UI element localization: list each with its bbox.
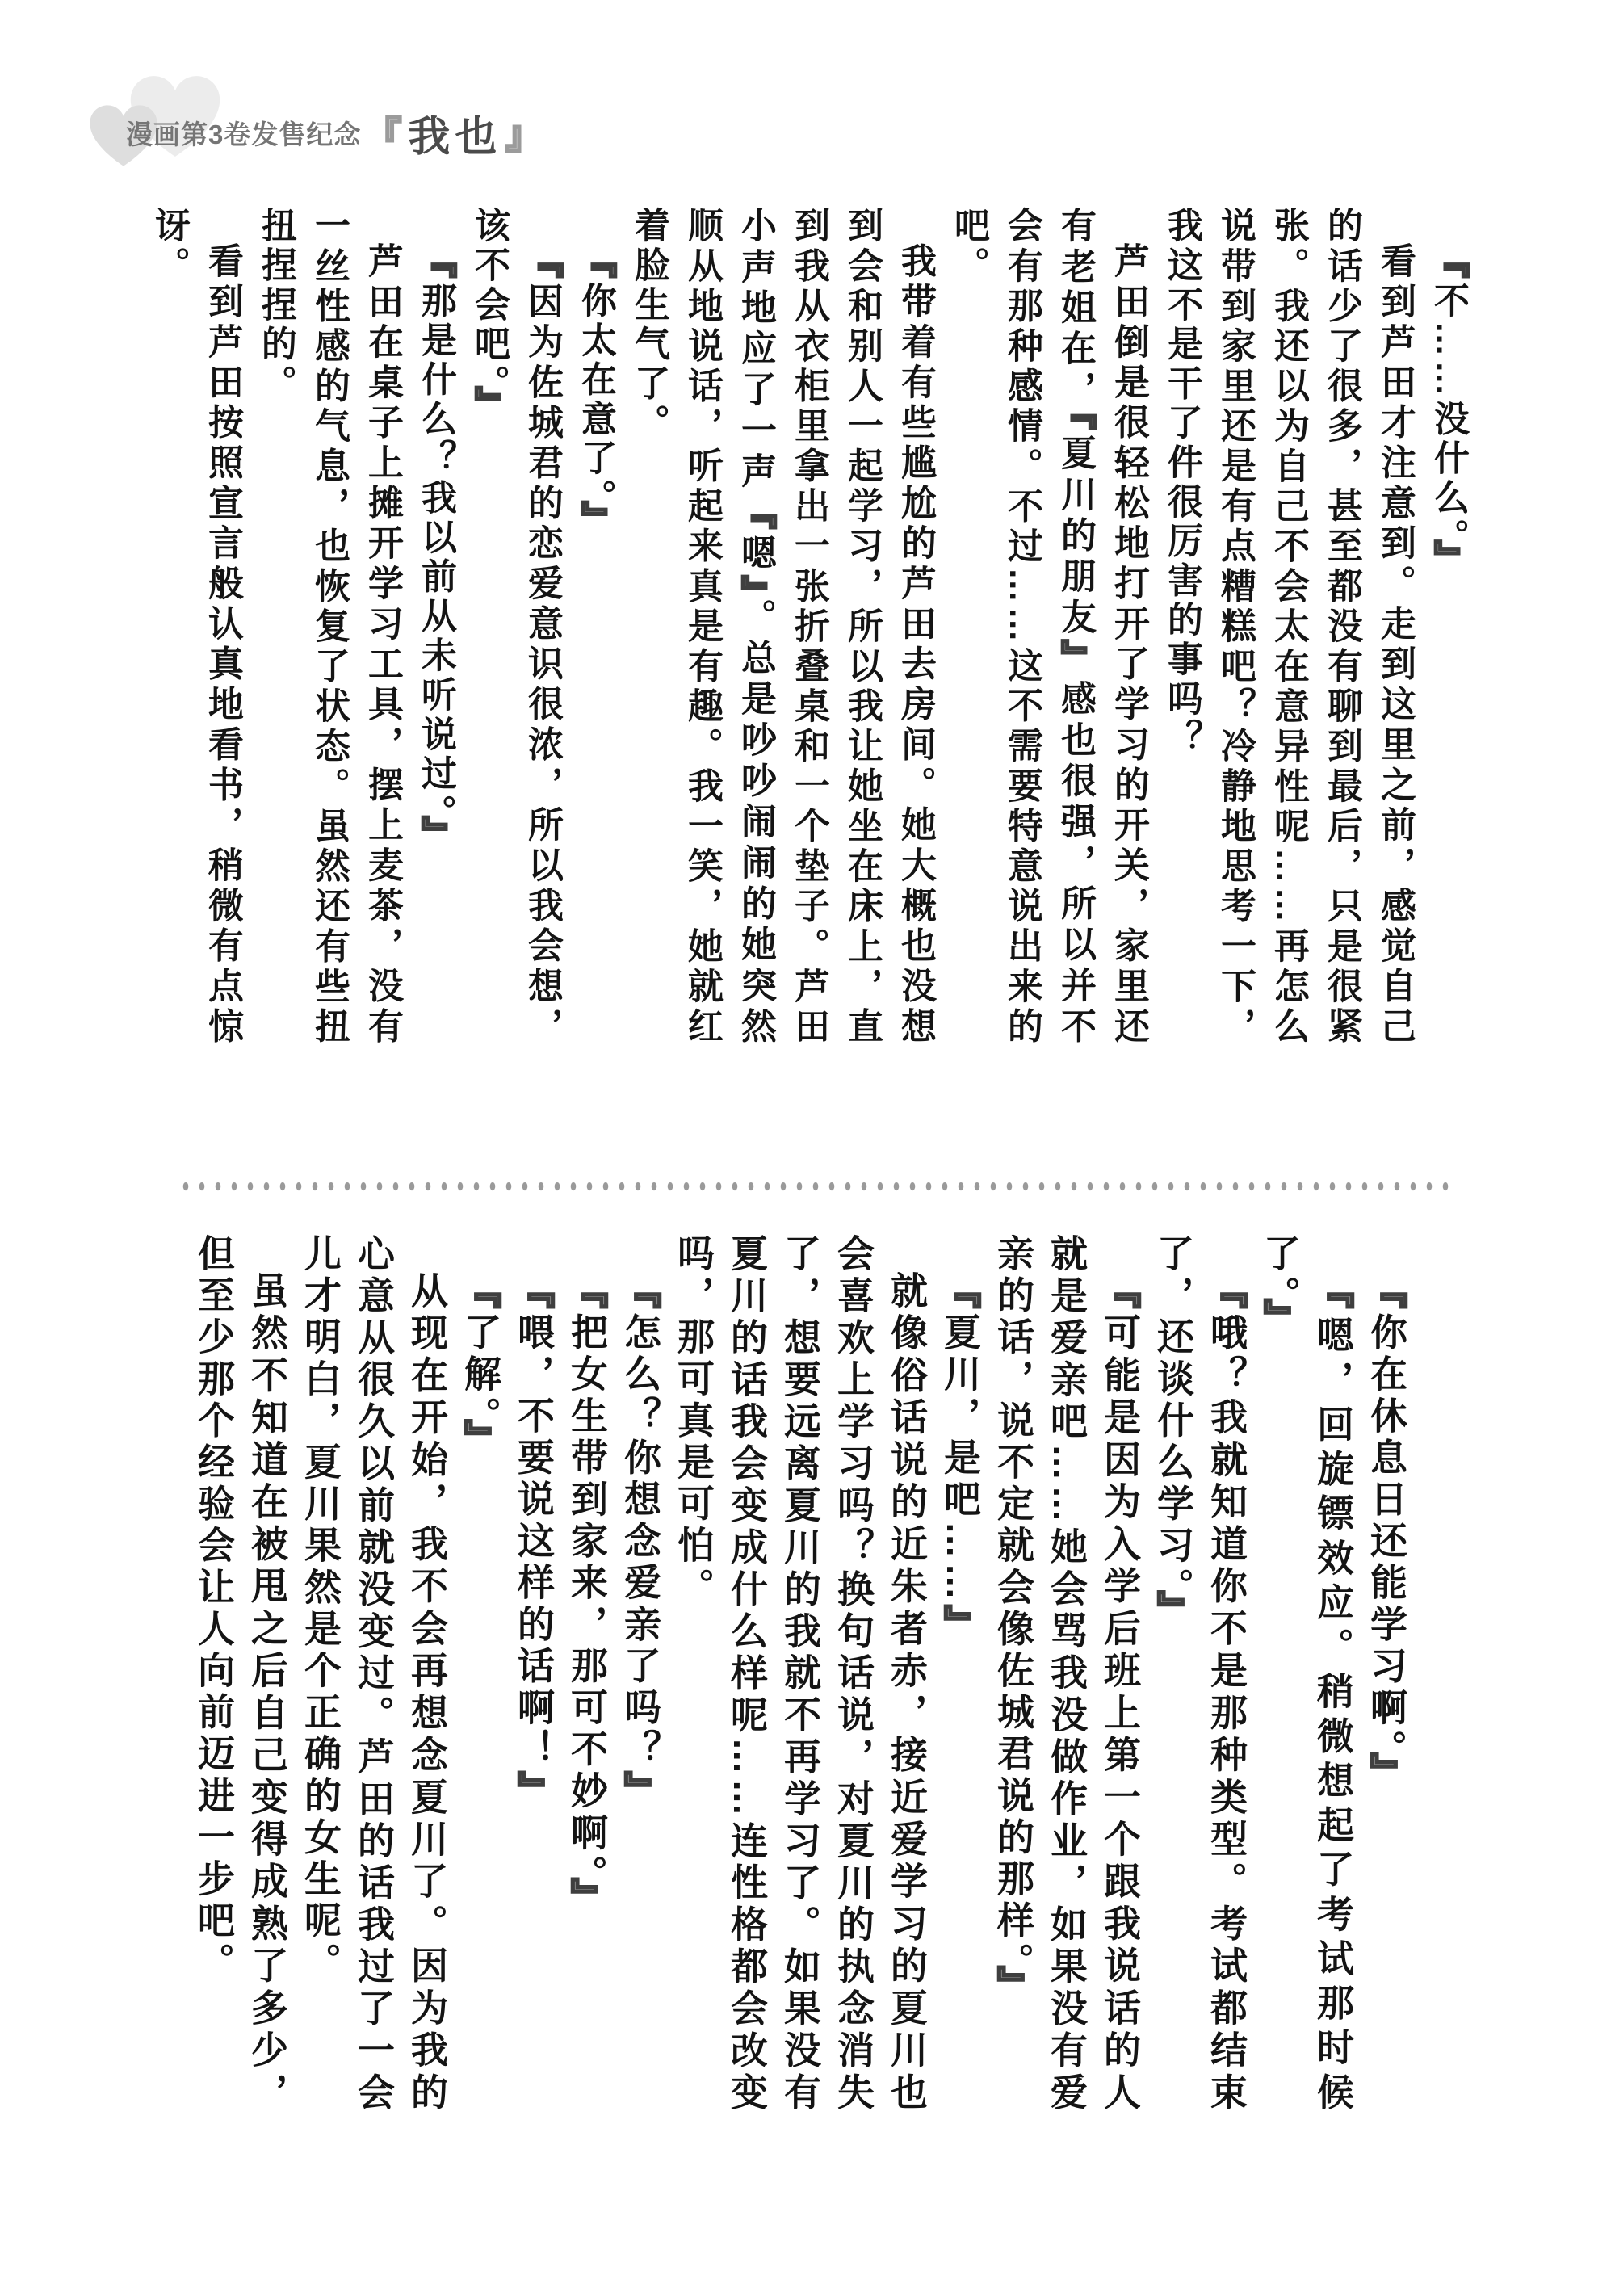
header-close-bracket: 』 (505, 106, 542, 159)
quote-bracket: 』 (619, 1771, 661, 1813)
quote-bracket: 』 (566, 1878, 608, 1920)
quote-bracket: 『 (513, 1271, 555, 1313)
page-title: 我也 (408, 103, 501, 163)
paragraph: 『你太在意了。』 (568, 207, 622, 1047)
quote-bracket: 『 (736, 493, 775, 535)
paragraph: 『夏川，是吧……』 (933, 1234, 987, 2114)
paragraph: 『你在休息日还能学习啊。』 (1360, 1234, 1413, 2114)
header-prefix: 漫画第3卷发售纪念 (126, 114, 361, 152)
quote-bracket: 『 (939, 1271, 981, 1313)
paragraph: 『因为佐城君的恋爱意识很浓，所以我会想，该不会吧。』 (462, 207, 568, 1047)
paragraph: 看到芦田按照宣言般认真地看书，稍微有点惊讶。 (142, 207, 249, 1047)
paragraph: 『把女生带到家来，那可不妙啊。』 (560, 1234, 614, 2114)
header-title-line: 漫画第3卷发售纪念 『 我也 』 (126, 95, 545, 170)
header-open-bracket: 『 (364, 106, 401, 159)
quote-bracket: 』 (416, 816, 455, 855)
top-text-section: 『不……没什么。』看到芦田才注意到。走到这里之前，感觉自己的话少了很多，甚至都没… (118, 207, 1474, 1047)
paragraph: 我带着有些尴尬的芦田去房间。她大概也没想到会和别人一起学习，所以我让她坐在床上，… (622, 207, 942, 1047)
paragraph: 虽然不知道在被甩之后自己变得成熟了多少，但至少那个经验会让人向前迈进一步吧。 (187, 1234, 294, 2114)
paragraph: 就像俗话说的近朱者赤，接近爱学习的夏川也会喜欢上学习吗？换句话说，对夏川的执念消… (667, 1234, 933, 2114)
quote-bracket: 『 (1312, 1271, 1354, 1316)
paragraph: 『了解。』 (454, 1234, 507, 2114)
quote-bracket: 『 (1428, 242, 1468, 282)
paragraph: 芦田倒是很轻松地打开了学习的开关，家里还有老姐在，『夏川的朋友』感也很强，所以并… (942, 207, 1155, 1047)
quote-bracket: 』 (469, 386, 509, 426)
bottom-text-section: 『你在休息日还能学习啊。』『嗯，回旋镖效应。稍微想起了考试那时候了。』『哦？我就… (153, 1234, 1413, 2114)
quote-bracket: 』 (1365, 1752, 1407, 1794)
quote-bracket: 』 (1428, 539, 1468, 579)
paragraph: 看到芦田才注意到。走到这里之前，感觉自己的话少了很多，甚至都没有聊到最后，只是很… (1155, 207, 1421, 1047)
quote-bracket: 『 (416, 242, 455, 282)
quote-bracket: 』 (576, 501, 615, 540)
quote-bracket: 『 (522, 242, 562, 283)
quote-bracket: 』 (992, 1966, 1034, 2008)
dotted-divider (179, 1181, 1452, 1192)
quote-bracket: 』 (1152, 1590, 1194, 1632)
quote-bracket: 』 (736, 575, 775, 598)
quote-bracket: 』 (1259, 1299, 1301, 1341)
quote-bracket: 』 (513, 1771, 555, 1813)
quote-bracket: 』 (939, 1605, 981, 1647)
quote-bracket: 』 (459, 1419, 501, 1461)
quote-bracket: 』 (1055, 639, 1095, 680)
paragraph: 『喂，不要说这样的话啊！』 (507, 1234, 560, 2114)
page-header: 漫画第3卷发售纪念 『 我也 』 (0, 0, 727, 210)
paragraph: 芦田在桌子上摊开学习工具，摆上麦茶，没有一丝性感的气息，也恢复了状态。虽然还有些… (249, 207, 409, 1047)
paragraph: 『可能是因为入学后班上第一个跟我说话的人就是爱亲吧……她会骂我没做作业，如果没有… (987, 1234, 1147, 2114)
quote-bracket: 『 (1099, 1271, 1141, 1313)
paragraph: 从现在开始，我不会再想念夏川了。因为我的心意从很久以前就没变过。芦田的话我过了一… (294, 1234, 454, 2114)
paragraph: 『怎么？你想念爱亲了吗？』 (614, 1234, 667, 2114)
quote-bracket: 『 (619, 1271, 661, 1313)
quote-bracket: 『 (576, 242, 615, 282)
paragraph: 『不……没什么。』 (1421, 207, 1474, 1047)
quote-bracket: 『 (1206, 1271, 1248, 1313)
quote-bracket: 『 (566, 1271, 608, 1313)
paragraph: 『那是什么？我以前从未听说过。』 (409, 207, 462, 1047)
quote-bracket: 『 (459, 1271, 501, 1313)
quote-bracket: 『 (1055, 411, 1095, 434)
paragraph: 『嗯，回旋镖效应。稍微想起了考试那时候了。』 (1253, 1234, 1360, 2114)
quote-bracket: 『 (1365, 1271, 1407, 1313)
paragraph: 『哦？我就知道你不是那种类型。考试都结束了，还谈什么学习。』 (1147, 1234, 1253, 2114)
